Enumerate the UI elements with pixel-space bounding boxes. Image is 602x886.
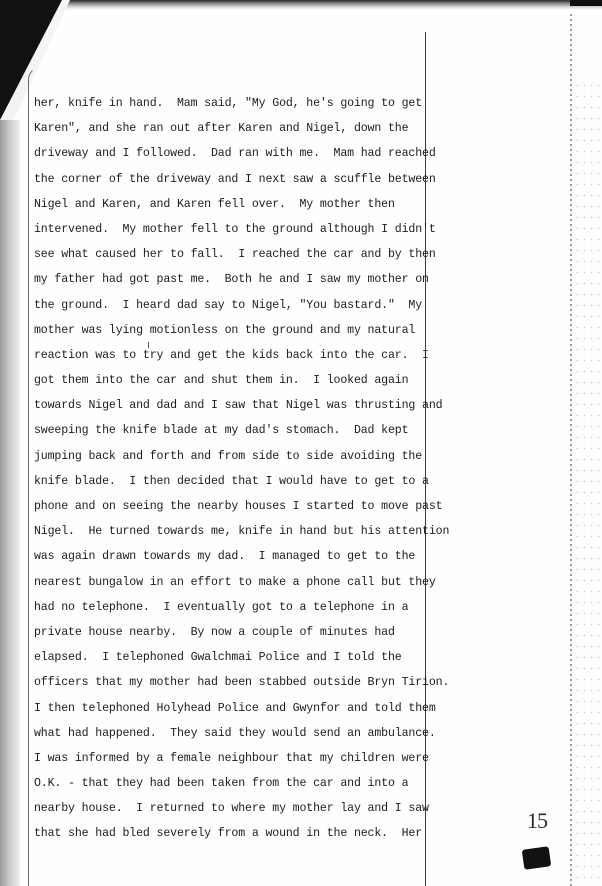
text-line: my father had got past me. Both he and I…: [34, 267, 434, 292]
text-line: her, knife in hand. Mam said, "My God, h…: [34, 91, 434, 116]
text-line: the corner of the driveway and I next sa…: [34, 167, 434, 192]
text-line: see what caused her to fall. I reached t…: [34, 242, 434, 267]
text-line: reaction was to try and get the kids bac…: [34, 343, 434, 368]
text-line: that she had bled severely from a wound …: [34, 821, 434, 846]
margin-dotted-line: [570, 14, 572, 886]
text-line: elapsed. I telephoned Gwalchmai Police a…: [34, 645, 434, 670]
text-line: was again drawn towards my dad. I manage…: [34, 544, 434, 569]
text-line: intervened. My mother fell to the ground…: [34, 217, 434, 242]
text-line: I was informed by a female neighbour tha…: [34, 746, 434, 771]
scanned-page: her, knife in hand. Mam said, "My God, h…: [0, 0, 602, 886]
top-scan-shadow: [55, 0, 602, 10]
text-line: got them into the car and shut them in. …: [34, 368, 434, 393]
text-line: what had happened. They said they would …: [34, 721, 434, 746]
text-line: private house nearby. By now a couple of…: [34, 620, 434, 645]
scan-speckle-noise: [574, 80, 602, 886]
text-line: I then telephoned Holyhead Police and Gw…: [34, 696, 434, 721]
ink-blot-mark: [522, 846, 552, 870]
text-line: the ground. I heard dad say to Nigel, "Y…: [34, 293, 434, 318]
text-line: mother was lying motionless on the groun…: [34, 318, 434, 343]
text-line: phone and on seeing the nearby houses I …: [34, 494, 434, 519]
text-line: towards Nigel and dad and I saw that Nig…: [34, 393, 434, 418]
page-number: 15: [527, 808, 547, 834]
text-line: sweeping the knife blade at my dad's sto…: [34, 418, 434, 443]
text-line: knife blade. I then decided that I would…: [34, 469, 434, 494]
text-line: jumping back and forth and from side to …: [34, 444, 434, 469]
text-line: driveway and I followed. Dad ran with me…: [34, 141, 434, 166]
top-right-scan-shadow: [570, 0, 602, 6]
statement-text-block: her, knife in hand. Mam said, "My God, h…: [34, 91, 434, 847]
left-page-edge-strip: [0, 120, 20, 886]
text-line: nearest bungalow in an effort to make a …: [34, 570, 434, 595]
left-text-border: [28, 85, 29, 886]
text-line: Nigel. He turned towards me, knife in ha…: [34, 519, 434, 544]
text-line: O.K. - that they had been taken from the…: [34, 771, 434, 796]
text-line: officers that my mother had been stabbed…: [34, 670, 434, 695]
text-line: nearby house. I returned to where my mot…: [34, 796, 434, 821]
text-line: Karen", and she ran out after Karen and …: [34, 116, 434, 141]
text-line: had no telephone. I eventually got to a …: [34, 595, 434, 620]
text-line: Nigel and Karen, and Karen fell over. My…: [34, 192, 434, 217]
